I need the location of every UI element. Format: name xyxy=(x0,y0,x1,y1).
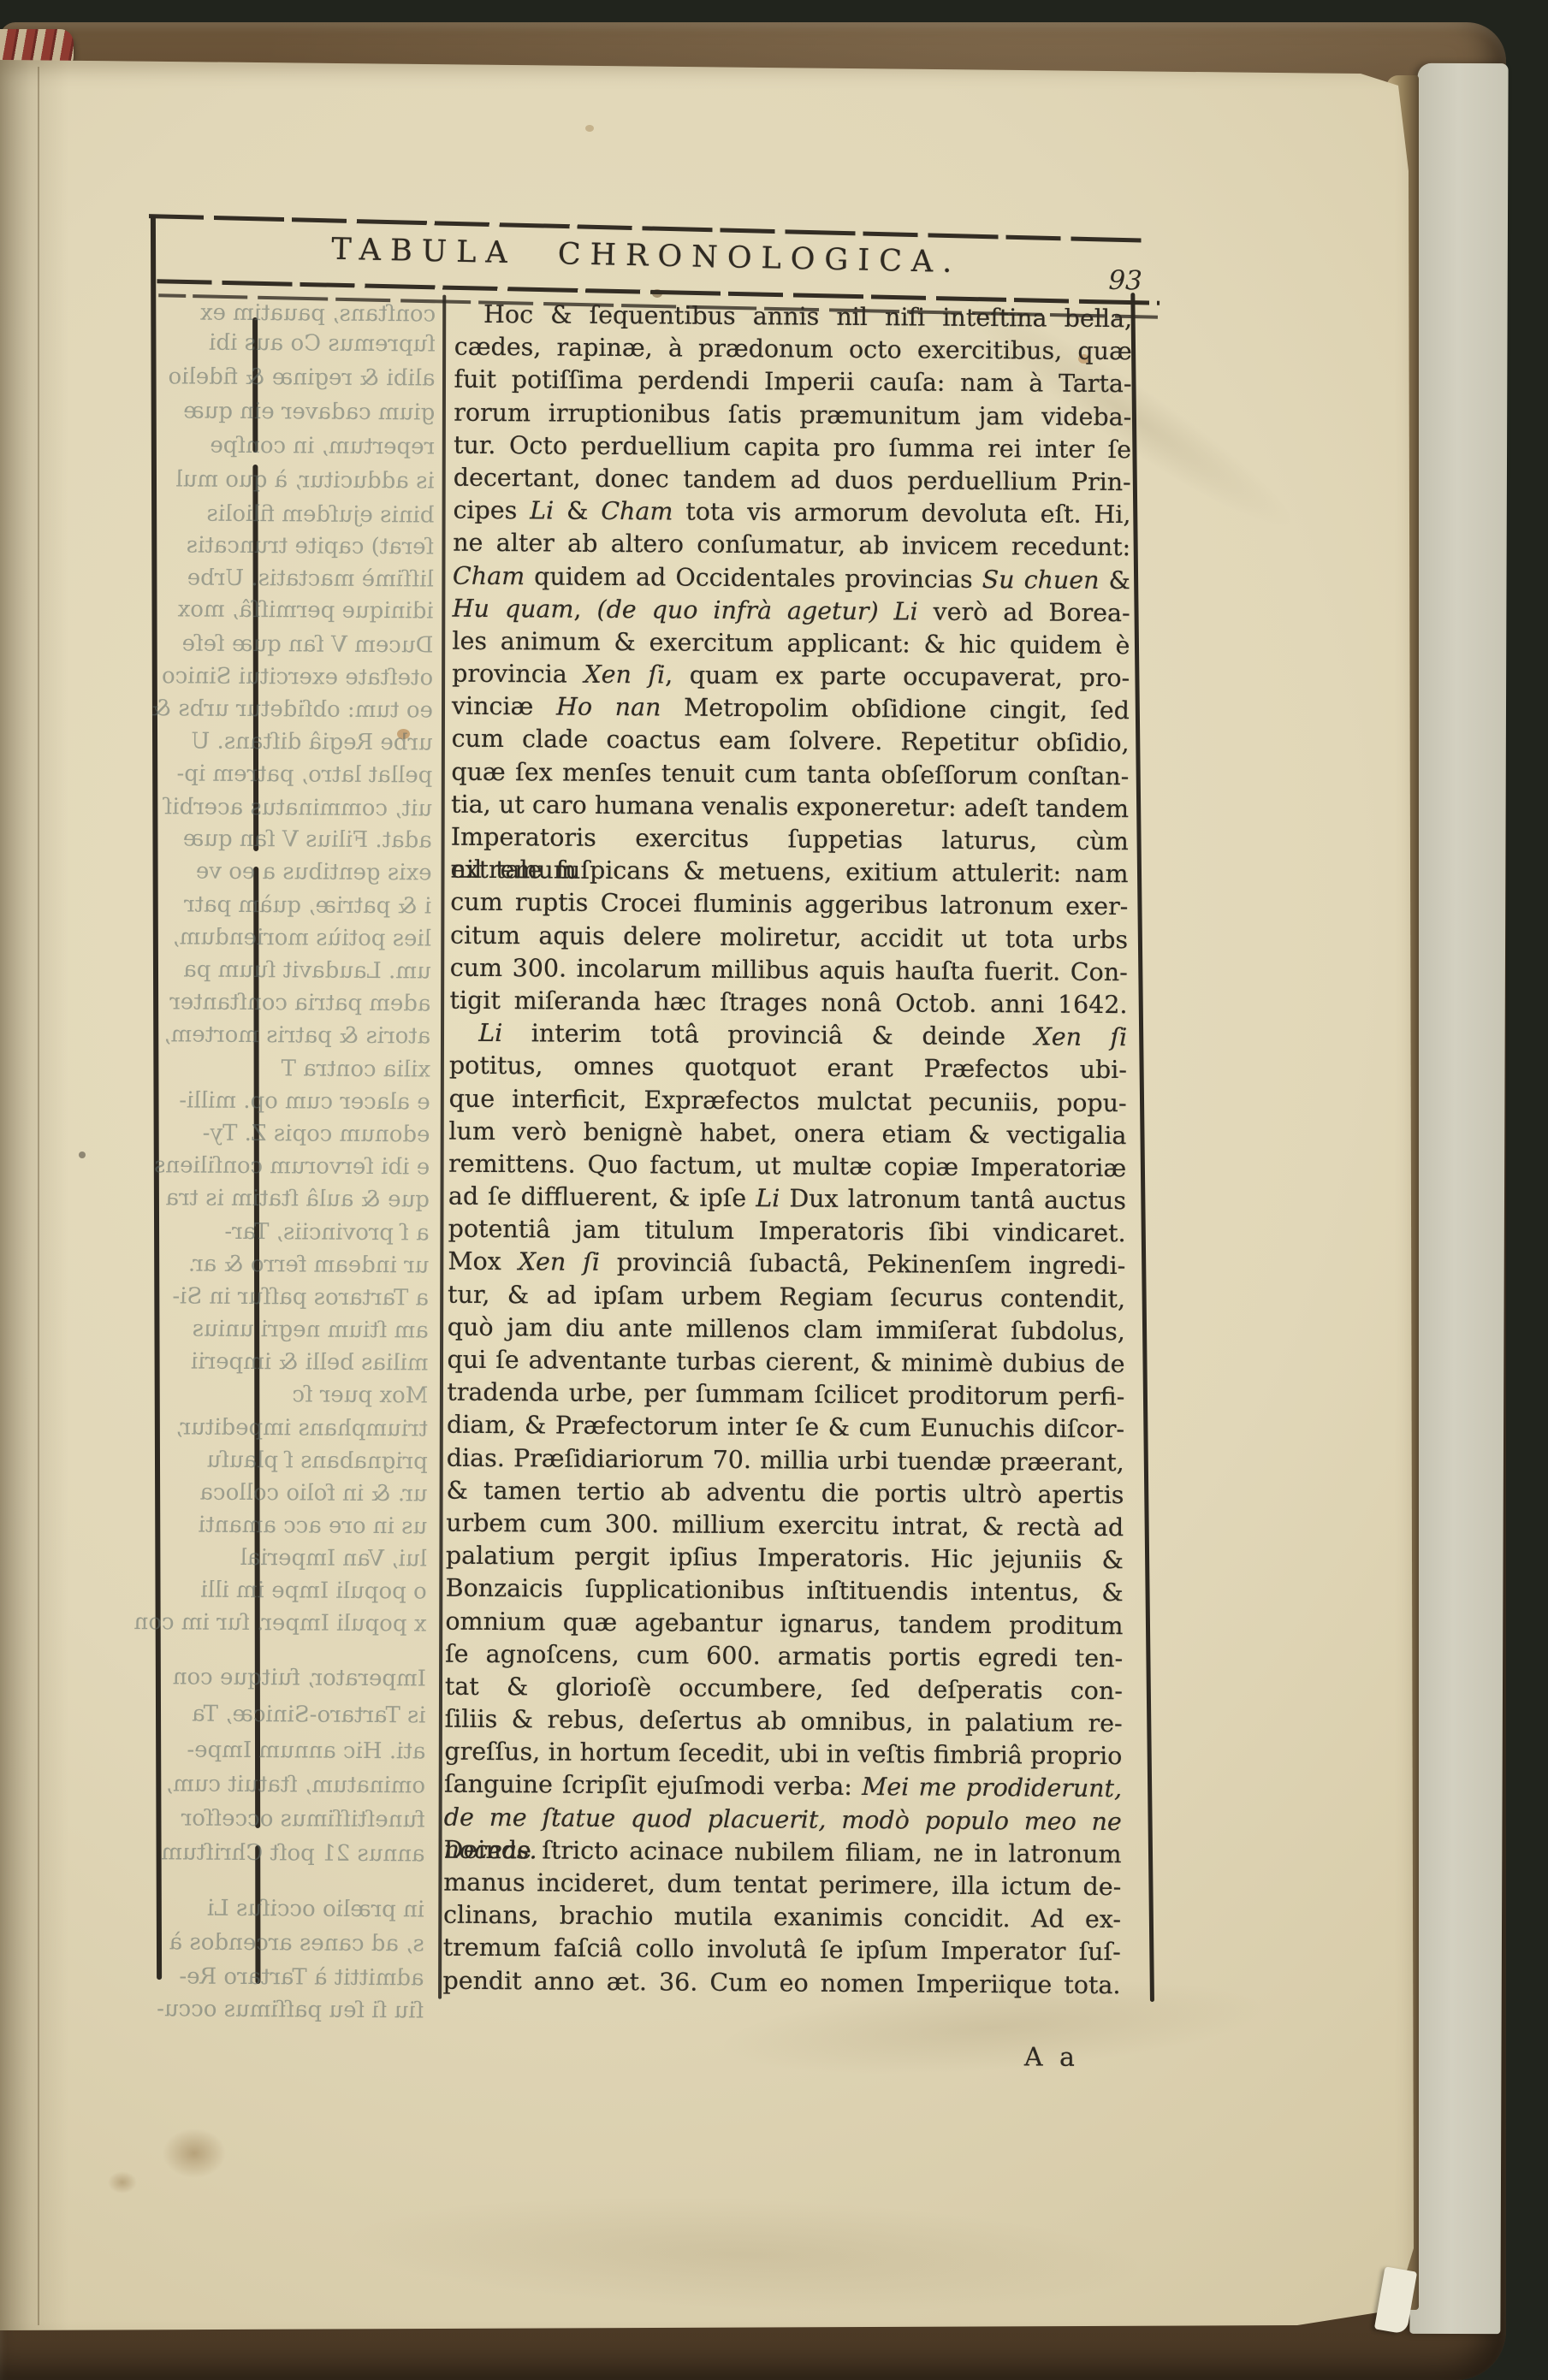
text-line: tremum faſciâ collo involutâ ſe ipſum Im… xyxy=(443,1932,1121,1969)
show-through-line: Imperator, fuitque con xyxy=(142,1664,426,1691)
show-through-line: adat. Filius V ſan quæ xyxy=(148,826,432,853)
text-line: fuit potiſſima perdendi Imperii cauſa: n… xyxy=(454,364,1131,401)
show-through-line: us in ore acc amanti xyxy=(143,1512,427,1539)
show-through-line: atoris & patris mortem, xyxy=(146,1021,430,1049)
show-through-line: e ibi ſervorum conſiliens xyxy=(145,1152,430,1180)
book-photo: TABULA CHRONOLOGICA. 93 conſtans, pauati… xyxy=(0,0,1548,2380)
text-column-rule-right xyxy=(1130,293,1154,2002)
show-through-line: lui, Van Imperial xyxy=(143,1544,427,1572)
show-through-line: in prælio occiſus Li xyxy=(140,1895,424,1922)
show-through-line: ominatum, ſtatuit cum, xyxy=(141,1771,425,1798)
text-line: cipes Li & Cham tota vis armorum devolut… xyxy=(453,494,1130,532)
show-through-line: milias belli & imperii xyxy=(144,1348,428,1376)
page: TABULA CHRONOLOGICA. 93 conſtans, pauati… xyxy=(0,60,1414,2330)
text-line: clinans, brachio mutila exanimis concidi… xyxy=(443,1899,1121,1937)
show-through-line: Mox puer ſc xyxy=(144,1381,428,1408)
gutter-crease xyxy=(38,67,39,2325)
show-through-line: e alacer cum op. milli- xyxy=(146,1087,430,1115)
text-line: tur. Octo perduellium capita pro ſumma r… xyxy=(454,429,1131,466)
stain xyxy=(79,1152,86,1158)
printed-area: TABULA CHRONOLOGICA. 93 conſtans, pauati… xyxy=(115,205,1168,2163)
text-line: vinciæ Ho nan Metropolim obſidione cingi… xyxy=(452,690,1130,728)
text-line: lum verò benignè habet, onera etiam & ve… xyxy=(448,1115,1126,1152)
text-line: cum ruptis Crocei fluminis aggeribus lat… xyxy=(450,886,1128,924)
show-through-line: o populi Impe im illi xyxy=(143,1577,427,1604)
show-through-line: a Tartaros paſſur in Si- xyxy=(145,1283,429,1311)
text-line: Cham quidem ad Occidentales provincias S… xyxy=(453,559,1130,597)
show-through-line: xilia contra T xyxy=(146,1055,430,1082)
text-line: cum 300. incolarum millibus aquis hauſta… xyxy=(450,951,1128,989)
text-line: diam, & Præfectorum inter ſe & cum Eunuc… xyxy=(447,1409,1124,1447)
text-line: greſſus, in hortum ſecedit, ubi in veſti… xyxy=(444,1736,1122,1773)
text-line: manus incideret, dum tentat perimere, il… xyxy=(443,1867,1121,1904)
show-through-line: uit, comminatus acerbiſ xyxy=(148,794,432,821)
text-line: tia, ut caro humana venalis exponeretur:… xyxy=(451,788,1129,826)
text-line: omnium quæ agebantur ignarus, tandem pro… xyxy=(445,1605,1123,1643)
show-through-line: que & aulâ ſtatim is tra xyxy=(145,1185,430,1212)
show-through-line: gium cadaver ein quæ xyxy=(151,398,435,425)
text-line: ne alter ab altero conſumatur, ab invice… xyxy=(453,527,1130,565)
text-line: Deinde ſtricto acinace nubilem filiam, n… xyxy=(443,1833,1121,1871)
text-line: Hu quam, (de quo infrà agetur) Li verò a… xyxy=(453,592,1130,630)
text-line: pendit anno æt. 36. Cum eo nomen Imperii… xyxy=(442,1964,1120,2002)
text-line: Mox Xen ſi provinciâ ſubactâ, Pekinenſem… xyxy=(448,1246,1125,1283)
gutter-shadow xyxy=(0,60,68,2330)
show-through-column: conſtans, pauatim exſupremus Co aus ibia… xyxy=(116,205,454,2090)
text-line: tat & glorioſè occumbere, ſed deſperatis… xyxy=(445,1671,1123,1708)
show-through-line: ur indeam ferro & ar. xyxy=(145,1251,429,1278)
text-line: qui ſe adventante turbas cierent, & mini… xyxy=(447,1344,1124,1382)
text-line: palatium pergit ipſius Imperatoris. Hic … xyxy=(446,1540,1124,1578)
show-through-line: exis gentibus a eo ve xyxy=(147,858,431,885)
show-through-line: i & patriæ, quàm patr xyxy=(147,891,431,919)
text-line: & tamen tertio ab adventu die portis ult… xyxy=(446,1474,1124,1512)
show-through-line: adem patria conſtanter xyxy=(146,989,430,1016)
text-line: urbem cum 300. millium exercitu intrat, … xyxy=(446,1507,1124,1545)
text-line: ſanguine ſcripſit ejuſmodi verba: Mei me… xyxy=(444,1768,1122,1806)
show-through-line: triumphans impeditur, xyxy=(144,1414,428,1442)
show-through-line: repertum, in conſpe xyxy=(151,432,435,459)
show-through-line: am ſtium negri unius xyxy=(145,1316,429,1343)
show-through-line: ati. Hic annum Impe- xyxy=(141,1737,425,1764)
show-through-line: conſtans, pauatim ex xyxy=(151,299,436,327)
show-through-line: eo tum: obſidetur urbs & xyxy=(149,696,433,723)
show-through-line: a ſ provinciis, Tar- xyxy=(145,1218,430,1246)
show-through-line: prignabans ſ plauſu xyxy=(144,1447,428,1474)
show-through-line: funeſtiſſimus occeſſor xyxy=(141,1805,425,1832)
show-through-line: urbe Regiâ diſtans. U xyxy=(149,728,433,755)
text-line: Li interim totâ provinciâ & deinde Xen ſ… xyxy=(449,1017,1127,1055)
text-line: dias. Præſidiariorum 70. millia urbi tue… xyxy=(447,1442,1124,1479)
text-line: citum aquis delere moliretur, accidit ut… xyxy=(450,919,1128,956)
show-through-line: lies potiùs moriendum, xyxy=(147,924,431,951)
show-through-line: pellat latro, patrem ip- xyxy=(148,761,432,788)
stain xyxy=(108,2171,137,2194)
underlying-page xyxy=(1409,63,1508,2334)
text-line: de me ſtatue quod placuerit, modò populo… xyxy=(444,1801,1122,1838)
page-number: 93 xyxy=(1108,265,1142,297)
show-through-line: ur. & in folio colloca xyxy=(143,1479,427,1507)
text-line: nil tale ſuſpicans & metuens, exitium at… xyxy=(450,854,1128,891)
signature-mark: A a xyxy=(1024,2042,1079,2072)
text-line: ad ſe diffluerent, & ipſe Li Dux latronu… xyxy=(448,1181,1126,1218)
text-line: rorum irruptionibus ſatis præmunitum jam… xyxy=(454,396,1131,434)
text-line: tigit miſeranda hæc ſtrages nonâ Octob. … xyxy=(449,985,1127,1022)
text-line: que interficit, Expræfectos mulctat pecu… xyxy=(449,1082,1127,1120)
text-line: cædes, rapinæ, à prædonum octo exercitib… xyxy=(454,331,1132,369)
text-line: ſiliis & rebus, deſertus ab omnibus, in … xyxy=(445,1703,1123,1741)
text-line: provincia Xen ſi, quam ex parte occupave… xyxy=(452,658,1130,696)
text-line: les animum & exercitum applicant: & hic … xyxy=(452,625,1130,663)
text-line: potentiâ jam titulum Imperatoris ſibi vi… xyxy=(448,1213,1126,1251)
text-line: quò jam diu ante millenos clam immiſerat… xyxy=(448,1311,1125,1348)
show-through-line: s, ad canes arcendos à xyxy=(140,1929,424,1957)
show-through-line: oteſtate exercitui Sinico xyxy=(149,663,433,690)
paper-wrinkle xyxy=(341,2185,1148,2324)
text-line: quæ ſex menſes tenuit cum tanta obſeſſor… xyxy=(451,755,1129,793)
show-through-line: liſſimè mactatis. Urbe xyxy=(150,565,434,592)
text-column: Hoc & ſequentibus annis nil niſi inteſti… xyxy=(442,299,1132,2002)
stain xyxy=(585,125,594,132)
text-line: ſe agnoſcens, cum 600. armatis portis eg… xyxy=(445,1637,1123,1675)
show-through-line: Ducem V ſan quæ ſeſe xyxy=(149,631,433,658)
show-through-line: is Tartaro-Sinicæ, Ta xyxy=(142,1701,426,1728)
text-line: Imperatoris exercitus ſuppetias laturus,… xyxy=(451,821,1129,859)
show-through-line: ſerat) capite truncatis xyxy=(150,532,434,559)
text-line: decertant, donec tandem ad duos perduell… xyxy=(454,462,1131,500)
show-through-line: x populi Imper. ſur im con xyxy=(142,1609,426,1637)
text-line: remittens. Quo factum, ut multæ copiæ Im… xyxy=(448,1148,1126,1186)
show-through-line: alibi & reginæ & fidelio xyxy=(151,364,435,391)
show-through-line: idinique permiſſâ, mox xyxy=(150,596,434,624)
show-through-line: ſiu ſi ſeu paſſimus occu- xyxy=(139,1996,424,2023)
show-through-line: is adducitur, à quo mul xyxy=(151,466,435,494)
text-line: potitus, omnes quotquot erant Præfectos … xyxy=(449,1050,1127,1087)
text-line: Hoc & ſequentibus annis nil niſi inteſti… xyxy=(454,299,1132,336)
show-through-line: annus 21 poſt Chriſtum xyxy=(140,1839,424,1867)
text-line: cum clade coactus eam ſolvere. Repetitur… xyxy=(452,723,1130,761)
text-line: tradenda urbe, per ſummam ſcilicet prodi… xyxy=(447,1376,1124,1414)
text-line: tur, & ad ipſam urbem Regiam ſecurus con… xyxy=(448,1278,1125,1316)
show-through-line: edonum copis Z. Ty- xyxy=(145,1120,430,1147)
show-through-line: um. Laudavit ſuum pa xyxy=(147,956,431,984)
text-line: Bonzaicis ſupplicationibus inſtituendis … xyxy=(446,1572,1124,1610)
show-through-line: ſupremus Co aus ibi xyxy=(151,329,436,357)
show-through-line: admittit à Tartaro Re- xyxy=(139,1963,424,1991)
show-through-line: binis ejuſdem filiolis xyxy=(150,500,434,528)
